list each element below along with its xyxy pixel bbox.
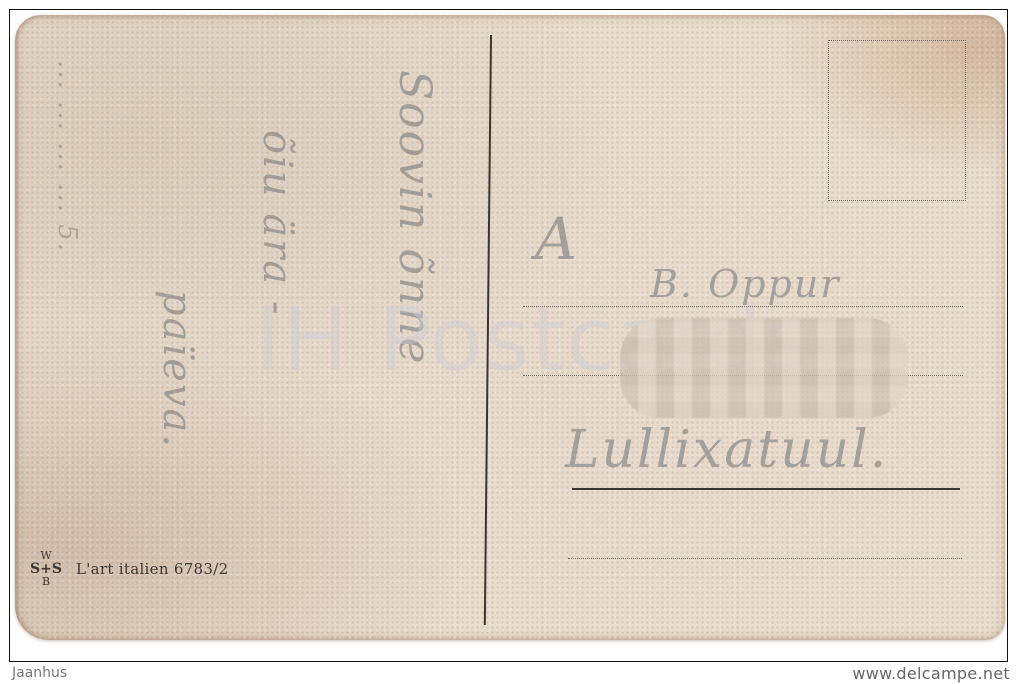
credit-seller: Jaanhus <box>12 665 67 681</box>
stamp-box <box>828 40 966 201</box>
credit-site: www.delcampe.net <box>852 664 1010 683</box>
address-line-1 <box>523 306 963 307</box>
series-label: L'art italien 6783/2 <box>76 560 228 578</box>
handwriting-left-edge: ... ... ... ... 5. <box>52 60 82 253</box>
logo-middle: S+S <box>30 562 62 576</box>
publisher-logo: W S+S B <box>28 550 64 588</box>
handwriting-salutation: A <box>535 205 579 273</box>
redacted-address <box>620 318 908 418</box>
address-line-4 <box>568 558 962 559</box>
publisher-imprint: W S+S B L'art italien 6783/2 <box>28 550 228 588</box>
address-underline <box>572 488 960 490</box>
handwriting-recipient-name: B. Oppur <box>650 262 841 306</box>
handwriting-city: Lullixatuul. <box>565 420 888 480</box>
logo-bottom: B <box>42 576 50 588</box>
handwriting-left-column-1: païeva. <box>154 290 200 449</box>
